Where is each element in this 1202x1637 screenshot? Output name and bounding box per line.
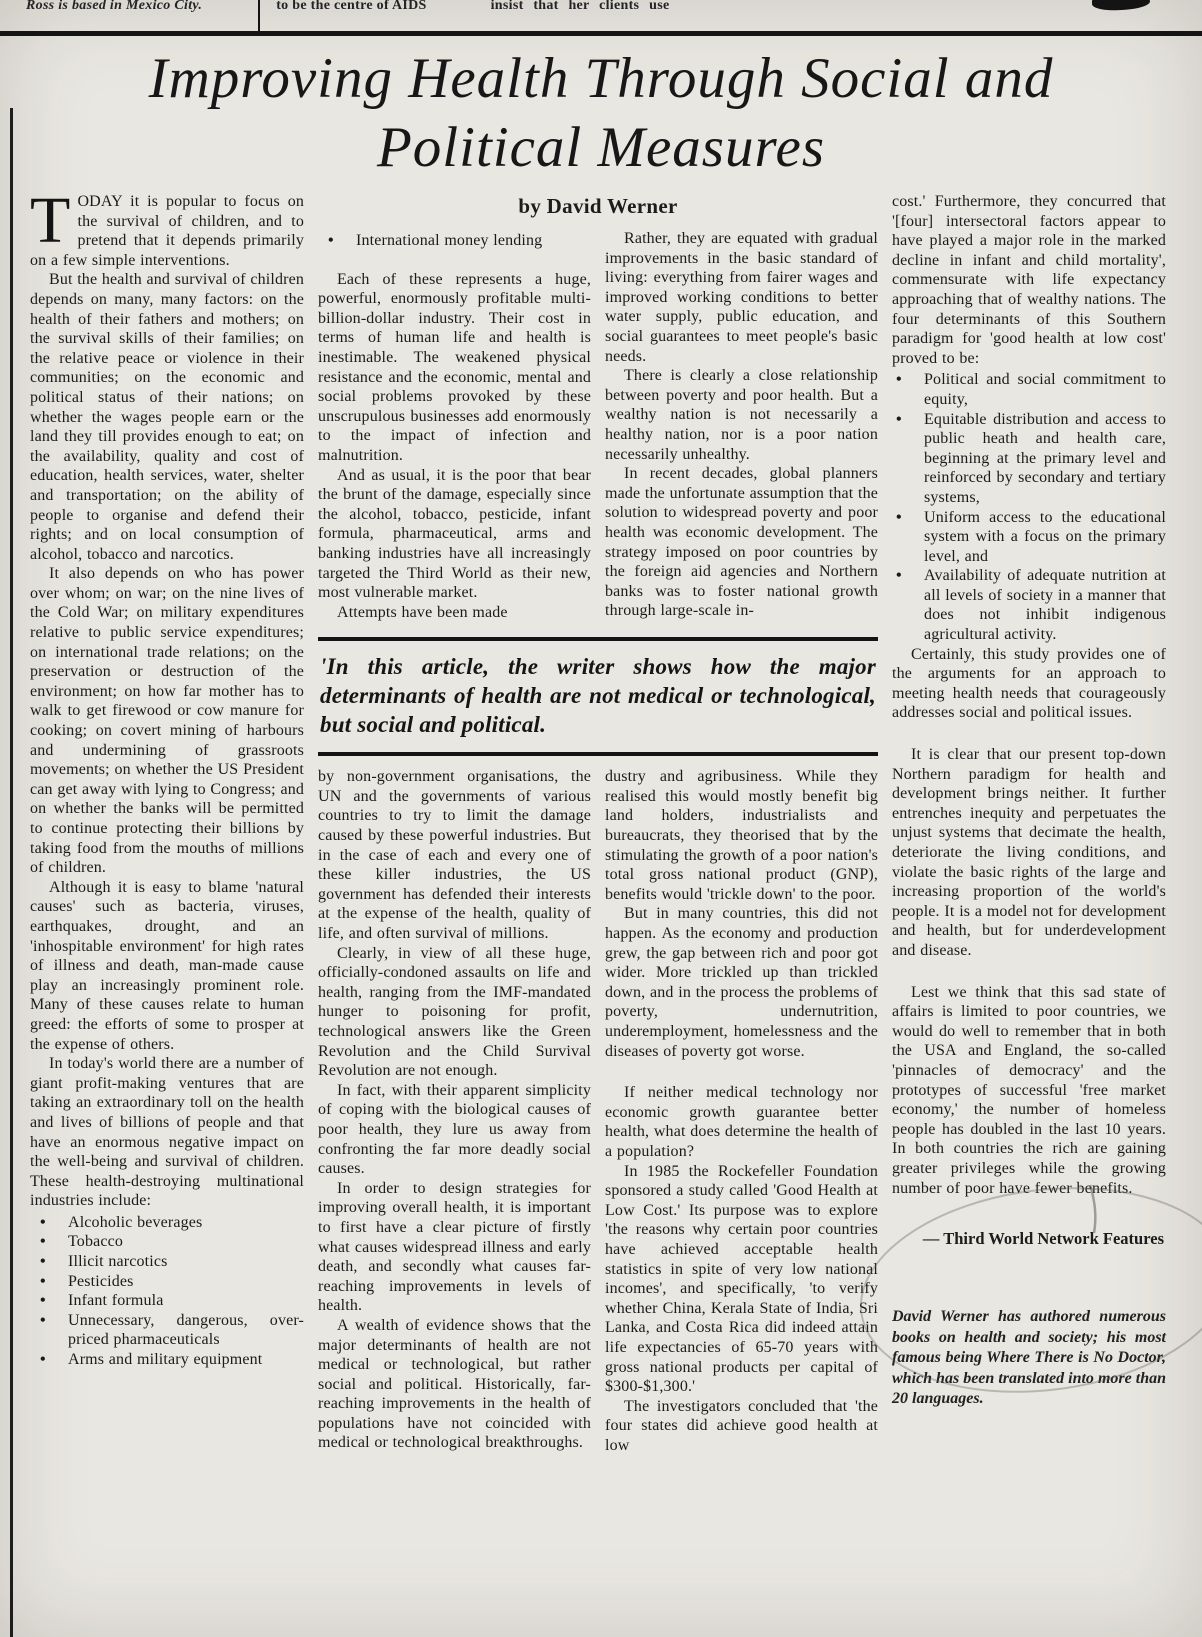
paragraph: In recent decades, global planners made … [605, 464, 878, 621]
bullet-item: Unnecessary, dangerous, over-priced phar… [30, 1311, 304, 1350]
pull-quote: 'In this article, the writer shows how t… [318, 637, 878, 756]
paragraph: A wealth of evidence shows that the majo… [318, 1316, 591, 1453]
masthead-fragment-left: Ross is based in Mexico City. [26, 0, 202, 13]
headline-line-1: Improving Health Through Social and [149, 47, 1054, 110]
paragraph: Lest we think that this sad state of aff… [892, 983, 1166, 1199]
byline: by David Werner [318, 194, 878, 218]
ink-smudge [1092, 0, 1151, 12]
paragraph: But the health and survival of children … [30, 270, 304, 564]
paragraph: In today's world there are a number of g… [30, 1054, 304, 1211]
headline-line-2: Political Measures [377, 116, 825, 179]
paragraph: dustry and agribusiness. While they real… [605, 767, 878, 904]
bullet-item: Pesticides [30, 1272, 304, 1292]
bullet-item: Availability of adequate nutrition at al… [892, 566, 1166, 644]
column-2-upper: International money lending Each of thes… [318, 229, 591, 622]
paragraph: Although it is easy to blame 'natural ca… [30, 878, 304, 1054]
paragraph: In order to design strategies for improv… [318, 1179, 591, 1316]
author-bio: David Werner has authored numerous books… [892, 1307, 1166, 1410]
bullet-item: Alcoholic beverages [30, 1213, 304, 1233]
columns-2-3-upper: International money lending Each of thes… [318, 229, 878, 622]
headline: Improving Health Through Social and Poli… [40, 44, 1162, 182]
column-3-upper: Rather, they are equated with gradual im… [605, 229, 878, 622]
bullet-item: Equitable distribution and access to pub… [892, 410, 1166, 508]
paragraph: The investigators concluded that 'the fo… [605, 1397, 878, 1456]
masthead-fragment-mid: to be the centre of AIDS [258, 0, 426, 32]
paragraph: Clearly, in view of all these huge, offi… [318, 944, 591, 1081]
paragraph: Rather, they are equated with gradual im… [605, 229, 878, 366]
paragraph: Each of these represents a huge, powerfu… [318, 270, 591, 466]
paragraph: But in many countries, this did not happ… [605, 904, 878, 1061]
bullet-item: Political and social commitment to equit… [892, 370, 1166, 409]
paragraph: In 1985 the Rockefeller Foundation spons… [605, 1162, 878, 1397]
newspaper-page: Ross is based in Mexico City. to be the … [0, 0, 1202, 1637]
bullet-item: Illicit narcotics [30, 1252, 304, 1272]
determinants-list: Political and social commitment to equit… [892, 370, 1166, 644]
paragraph: It also depends on who has power over wh… [30, 564, 304, 878]
masthead-fragment-strip: Ross is based in Mexico City. to be the … [0, 0, 1202, 36]
bullet-item: Infant formula [30, 1291, 304, 1311]
industries-list: Alcoholic beverages Tobacco Illicit narc… [30, 1213, 304, 1370]
column-1: TODAY it is popular to focus on the surv… [30, 192, 304, 1455]
paragraph: Certainly, this study provides one of th… [892, 645, 1166, 723]
drop-cap: T [30, 192, 77, 247]
bullet-item: International money lending [318, 231, 591, 251]
bullet-item: Tobacco [30, 1232, 304, 1252]
columns-2-3-lower: by non-government organisations, the UN … [318, 767, 878, 1455]
article-body: TODAY it is popular to focus on the surv… [0, 184, 1202, 1455]
paragraph: There is clearly a close relationship be… [605, 366, 878, 464]
paragraph: If neither medical technology nor econom… [605, 1083, 878, 1161]
masthead-fragment-right: insist that her clients use [491, 0, 670, 13]
bullet-item: Arms and military equipment [30, 1350, 304, 1370]
columns-2-3-wrapper: by David Werner International money lend… [318, 192, 878, 1455]
paragraph: It is clear that our present top-down No… [892, 745, 1166, 961]
bullet-item: Uniform access to the educational system… [892, 508, 1166, 567]
left-column-rule [10, 108, 13, 1637]
paragraph: Attempts have been made [318, 603, 591, 623]
paragraph: In fact, with their apparent simplicity … [318, 1081, 591, 1179]
column-2-lower: by non-government organisations, the UN … [318, 767, 591, 1455]
paragraph: by non-government organisations, the UN … [318, 767, 591, 943]
column-4: cost.' Furthermore, they concurred that … [892, 192, 1166, 1455]
paragraph: TODAY it is popular to focus on the surv… [30, 192, 304, 270]
paragraph: cost.' Furthermore, they concurred that … [892, 192, 1166, 368]
column-3-lower: dustry and agribusiness. While they real… [605, 767, 878, 1455]
credit-line: — Third World Network Features [892, 1228, 1166, 1249]
paragraph: And as usual, it is the poor that bear t… [318, 466, 591, 603]
industries-list-continued: International money lending [318, 231, 591, 251]
